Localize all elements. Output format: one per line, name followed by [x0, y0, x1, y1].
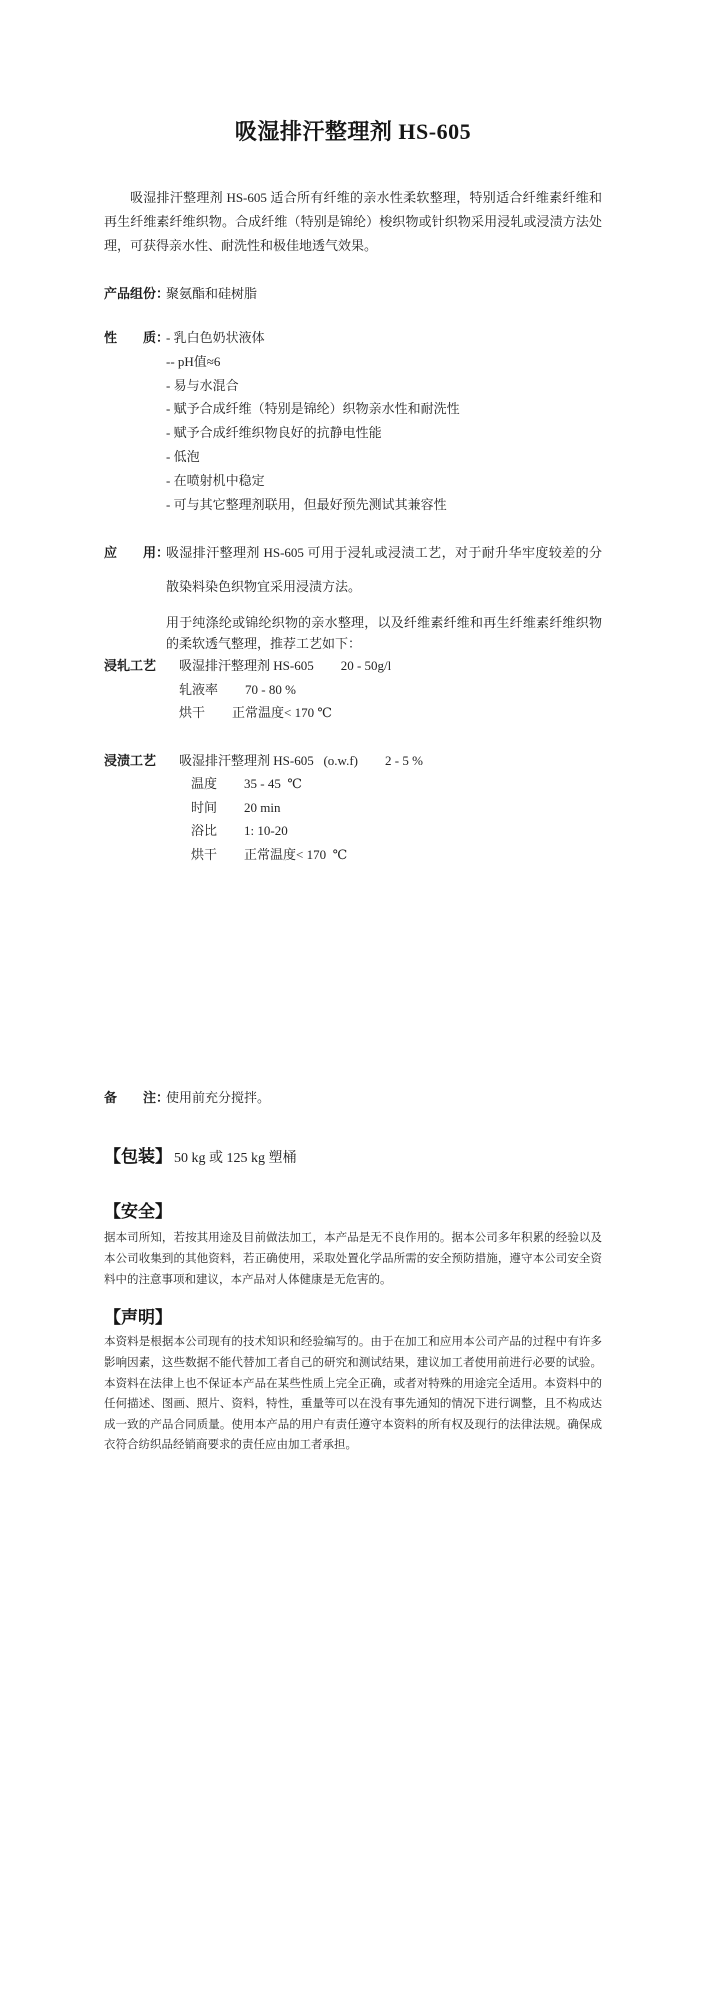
- application-section: 应 用： 吸湿排汗整理剂 HS-605 可用于浸轧或浸渍工艺，对于耐升华牢度较差…: [104, 536, 602, 654]
- packaging-section: 【包装】50 kg 或 125 kg 塑桶: [104, 1144, 602, 1172]
- process-param-name: 烘干: [179, 705, 205, 720]
- process-param-name: 温度: [191, 776, 217, 791]
- property-item: - 赋予合成纤维织物良好的抗静电性能: [166, 421, 602, 445]
- composition-label: 产品组份：: [104, 282, 166, 306]
- process-param-name: 吸湿排汗整理剂 HS-605: [179, 658, 314, 673]
- property-item: -- pH值≈6: [166, 350, 602, 374]
- safety-section: 【安全】 据本司所知，若按其用途及目前做法加工，本产品是无不良作用的。据本公司多…: [104, 1200, 602, 1291]
- process-param-value: 70 - 80 %: [245, 682, 296, 697]
- packaging-value: 50 kg 或 125 kg 塑桶: [174, 1151, 297, 1166]
- padding-process-label: 浸轧工艺: [104, 654, 179, 678]
- process-param-value: 正常温度< 170 ℃: [232, 705, 332, 720]
- process-row: 吸湿排汗整理剂 HS-605 (o.w.f)2 - 5 %: [179, 749, 602, 773]
- document-body: 吸湿排汗整理剂 HS-605 吸湿排汗整理剂 HS-605 适合所有纤维的亲水性…: [104, 0, 602, 1456]
- process-param-name: 吸湿排汗整理剂 HS-605 (o.w.f): [179, 753, 358, 768]
- remark-label: 备 注：: [104, 1086, 166, 1110]
- process-row: 烘干正常温度< 170 ℃: [179, 701, 602, 725]
- process-row: 轧液率70 - 80 %: [179, 678, 602, 702]
- properties-section: 性 质： - 乳白色奶状液体 -- pH值≈6 - 易与水混合 - 赋予合成纤维…: [104, 326, 602, 516]
- application-text: 吸湿排汗整理剂 HS-605 可用于浸轧或浸渍工艺，对于耐升华牢度较差的分散染料…: [166, 536, 602, 654]
- process-param-value: 2 - 5 %: [385, 753, 423, 768]
- properties-label: 性 质：: [104, 326, 166, 350]
- safety-heading: 【安全】: [104, 1200, 602, 1224]
- composition-value: 聚氨酯和硅树脂: [166, 282, 602, 306]
- process-row: 时间20 min: [179, 796, 602, 820]
- intro-paragraph: 吸湿排汗整理剂 HS-605 适合所有纤维的亲水性柔软整理，特别适合纤维素纤维和…: [104, 186, 602, 258]
- property-item: - 乳白色奶状液体: [166, 326, 602, 350]
- dipping-process-section: 浸渍工艺 吸湿排汗整理剂 HS-605 (o.w.f)2 - 5 % 温度35 …: [104, 749, 602, 867]
- statement-text: 本资料是根据本公司现有的技术知识和经验编写的。由于在加工和应用本公司产品的过程中…: [104, 1332, 602, 1456]
- composition-section: 产品组份： 聚氨酯和硅树脂: [104, 282, 602, 306]
- application-paragraph-1: 吸湿排汗整理剂 HS-605 可用于浸轧或浸渍工艺，对于耐升华牢度较差的分散染料…: [166, 536, 602, 604]
- statement-section: 【声明】 本资料是根据本公司现有的技术知识和经验编写的。由于在加工和应用本公司产…: [104, 1307, 602, 1456]
- process-param-value: 35 - 45 ℃: [244, 776, 302, 791]
- statement-heading: 【声明】: [104, 1307, 602, 1329]
- process-param-value: 1: 10-20: [244, 823, 288, 838]
- property-item: - 可与其它整理剂联用，但最好预先测试其兼容性: [166, 493, 602, 517]
- properties-list: - 乳白色奶状液体 -- pH值≈6 - 易与水混合 - 赋予合成纤维（特别是锦…: [166, 326, 602, 516]
- remark-value: 使用前充分搅拌。: [166, 1086, 602, 1110]
- padding-process-rows: 吸湿排汗整理剂 HS-60520 - 50g/l 轧液率70 - 80 % 烘干…: [179, 654, 602, 725]
- process-param-value: 20 - 50g/l: [341, 658, 392, 673]
- property-item: - 赋予合成纤维（特别是锦纶）织物亲水性和耐洗性: [166, 397, 602, 421]
- padding-process-section: 浸轧工艺 吸湿排汗整理剂 HS-60520 - 50g/l 轧液率70 - 80…: [104, 654, 602, 725]
- packaging-heading: 【包装】: [104, 1147, 172, 1166]
- process-row: 吸湿排汗整理剂 HS-60520 - 50g/l: [179, 654, 602, 678]
- application-paragraph-2: 用于纯涤纶或锦纶织物的亲水整理，以及纤维素纤维和再生纤维素纤维织物的柔软透气整理…: [166, 612, 602, 654]
- application-label: 应 用：: [104, 536, 166, 570]
- document-page: 吸湿排汗整理剂 HS-605 吸湿排汗整理剂 HS-605 适合所有纤维的亲水性…: [0, 0, 707, 2000]
- property-item: - 易与水混合: [166, 374, 602, 398]
- document-title: 吸湿排汗整理剂 HS-605: [104, 118, 602, 146]
- process-param-value: 正常温度< 170 ℃: [244, 847, 347, 862]
- process-param-value: 20 min: [244, 800, 280, 815]
- process-row: 温度35 - 45 ℃: [179, 772, 602, 796]
- dipping-process-label: 浸渍工艺: [104, 749, 179, 773]
- process-row: 浴比1: 10-20: [179, 819, 602, 843]
- property-item: - 低泡: [166, 445, 602, 469]
- process-param-name: 浴比: [191, 823, 217, 838]
- dipping-process-rows: 吸湿排汗整理剂 HS-605 (o.w.f)2 - 5 % 温度35 - 45 …: [179, 749, 602, 867]
- process-param-name: 烘干: [191, 847, 217, 862]
- remark-section: 备 注： 使用前充分搅拌。: [104, 1086, 602, 1110]
- property-item: - 在喷射机中稳定: [166, 469, 602, 493]
- process-param-name: 时间: [191, 800, 217, 815]
- safety-text: 据本司所知，若按其用途及目前做法加工，本产品是无不良作用的。据本公司多年积累的经…: [104, 1228, 602, 1291]
- process-row: 烘干正常温度< 170 ℃: [179, 843, 602, 867]
- process-param-name: 轧液率: [179, 682, 218, 697]
